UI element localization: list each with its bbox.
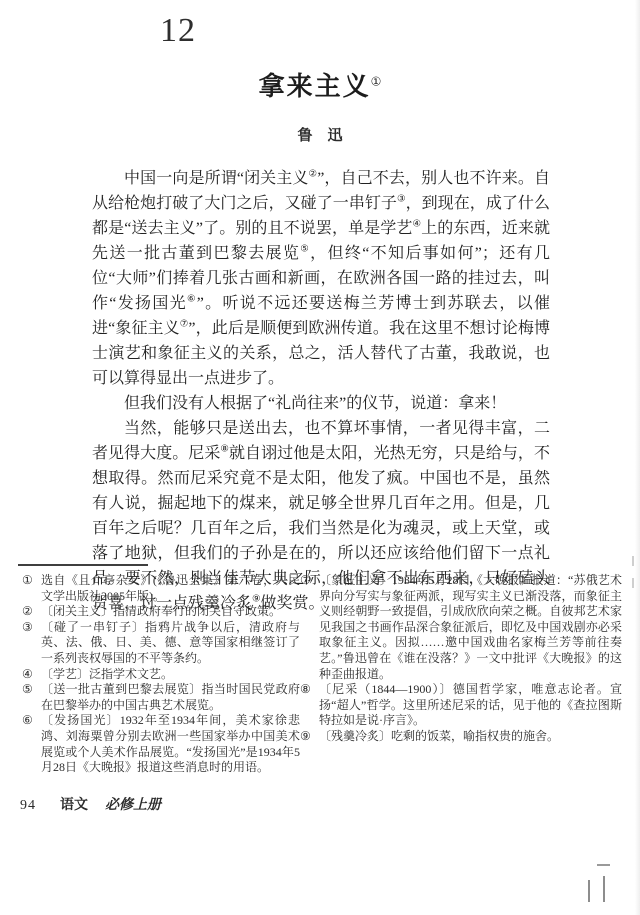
scan-edge-shadow	[635, 0, 640, 915]
main-text: 中国一向是所谓“闭关主义②”，自己不去，别人也不许来。自从给枪炮打破了大门之后，…	[92, 166, 550, 616]
footnote-number: ⑤	[22, 682, 33, 698]
footnote-item: ⑨〔残羹冷炙〕吃剩的饭菜，喻指权贵的施舍。	[300, 729, 622, 745]
footnote-text: 〔闭关主义〕指清政府奉行的闭关自守政策。	[41, 604, 281, 618]
page-background: 12 拿来主义① 鲁 迅 中国一向是所谓“闭关主义②”，自己不去，别人也不许来。…	[0, 0, 640, 915]
footnote-number: ④	[22, 667, 33, 683]
footnote-text: 〔残羹冷炙〕吃剩的饭菜，喻指权贵的施舍。	[319, 729, 559, 743]
author-name: 鲁 迅	[0, 124, 640, 145]
footnote-number: ⑥	[22, 713, 33, 729]
footnote-item: ③〔碰了一串钉子〕指鸦片战争以后，清政府与英、法、俄、日、美、德、意等国家相继签…	[22, 620, 300, 667]
crop-mark	[597, 864, 610, 866]
crop-mark	[588, 880, 590, 902]
footnote-ref: ⑤	[300, 245, 310, 255]
footnote-item: ①选自《且介亭杂文》(《鲁迅全集》第六卷，人民文学出版社2005年版)。	[22, 573, 300, 604]
scan-edge-tick	[632, 556, 634, 566]
paragraph: 中国一向是所谓“闭关主义②”，自己不去，别人也不许来。自从给枪炮打破了大门之后，…	[92, 166, 550, 391]
footnote-item: ②〔闭关主义〕指清政府奉行的闭关自守政策。	[22, 604, 300, 620]
footnote-number: ⑨	[300, 729, 311, 745]
page-footer: 94语文必修上册	[20, 794, 161, 814]
footnote-number: ⑧	[300, 682, 311, 698]
page-number: 94	[20, 798, 36, 813]
crop-mark	[603, 876, 605, 902]
footnote-text: 〔送一批古董到巴黎去展览〕指当时国民党政府在巴黎举办的中国古典艺术展览。	[41, 682, 300, 712]
scan-edge-tick	[632, 578, 634, 588]
lesson-title: 拿来主义①	[0, 66, 640, 103]
footnote-ref: ⑥	[187, 295, 197, 305]
footnote-item: ⑧〔尼采（1844—1900）〕德国哲学家，唯意志论者。宣扬“超人”哲学。这里所…	[300, 682, 622, 729]
footnote-separator-line	[18, 564, 148, 566]
lesson-number: 12	[160, 12, 196, 50]
footer-subject: 语文	[60, 798, 88, 813]
footnote-ref: ⑧	[220, 445, 229, 455]
footer-volume: 必修上册	[105, 798, 161, 813]
footnote-ref: ④	[413, 220, 422, 230]
textbook-page: { "page": { "lesson_number": "12", "titl…	[0, 0, 640, 915]
footnote-item: ⑥〔发扬国光〕1932年至1934年间，美术家徐悲鸿、刘海粟曾分别去欧洲一些国家…	[22, 713, 300, 775]
footnote-item: ⑤〔送一批古董到巴黎去展览〕指当时国民党政府在巴黎举办的中国古典艺术展览。	[22, 682, 300, 713]
footnote-text: 〔尼采（1844—1900）〕德国哲学家，唯意志论者。宣扬“超人”哲学。这里所述…	[319, 682, 622, 727]
footnote-ref: ⑦	[180, 320, 189, 330]
footnote-ref: ②	[309, 170, 318, 180]
footnote-ref: ③	[397, 195, 406, 205]
footnote-number: ⑦	[300, 573, 311, 589]
footnote-text: 〔发扬国光〕1932年至1934年间，美术家徐悲鸿、刘海粟曾分别去欧洲一些国家举…	[41, 713, 300, 774]
lesson-title-text: 拿来主义	[259, 72, 371, 101]
footnotes-right-column: ⑦〔象征主义〕1934年5月28日《大晚报》报道：“苏俄艺术界向分写实与象征两派…	[300, 573, 622, 745]
footnote-number: ②	[22, 604, 33, 620]
paragraph: 但我们没有人根据了“礼尚往来”的仪节，说道：拿来！	[92, 391, 550, 416]
footnote-text: 〔象征主义〕1934年5月28日《大晚报》报道：“苏俄艺术界向分写实与象征两派，…	[319, 573, 622, 681]
title-footnote-ref: ①	[371, 74, 382, 88]
footnote-text: 〔学艺〕泛指学术文艺。	[41, 667, 173, 681]
footnote-text: 〔碰了一串钉子〕指鸦片战争以后，清政府与英、法、俄、日、美、德、意等国家相继签订…	[41, 620, 300, 665]
footnote-item: ④〔学艺〕泛指学术文艺。	[22, 667, 300, 683]
footnote-text: 选自《且介亭杂文》(《鲁迅全集》第六卷，人民文学出版社2005年版)。	[41, 573, 300, 603]
footnote-item: ⑦〔象征主义〕1934年5月28日《大晚报》报道：“苏俄艺术界向分写实与象征两派…	[300, 573, 622, 682]
footnote-number: ①	[22, 573, 33, 589]
footnotes-left-column: ①选自《且介亭杂文》(《鲁迅全集》第六卷，人民文学出版社2005年版)。②〔闭关…	[22, 573, 300, 776]
footnote-number: ③	[22, 620, 33, 636]
